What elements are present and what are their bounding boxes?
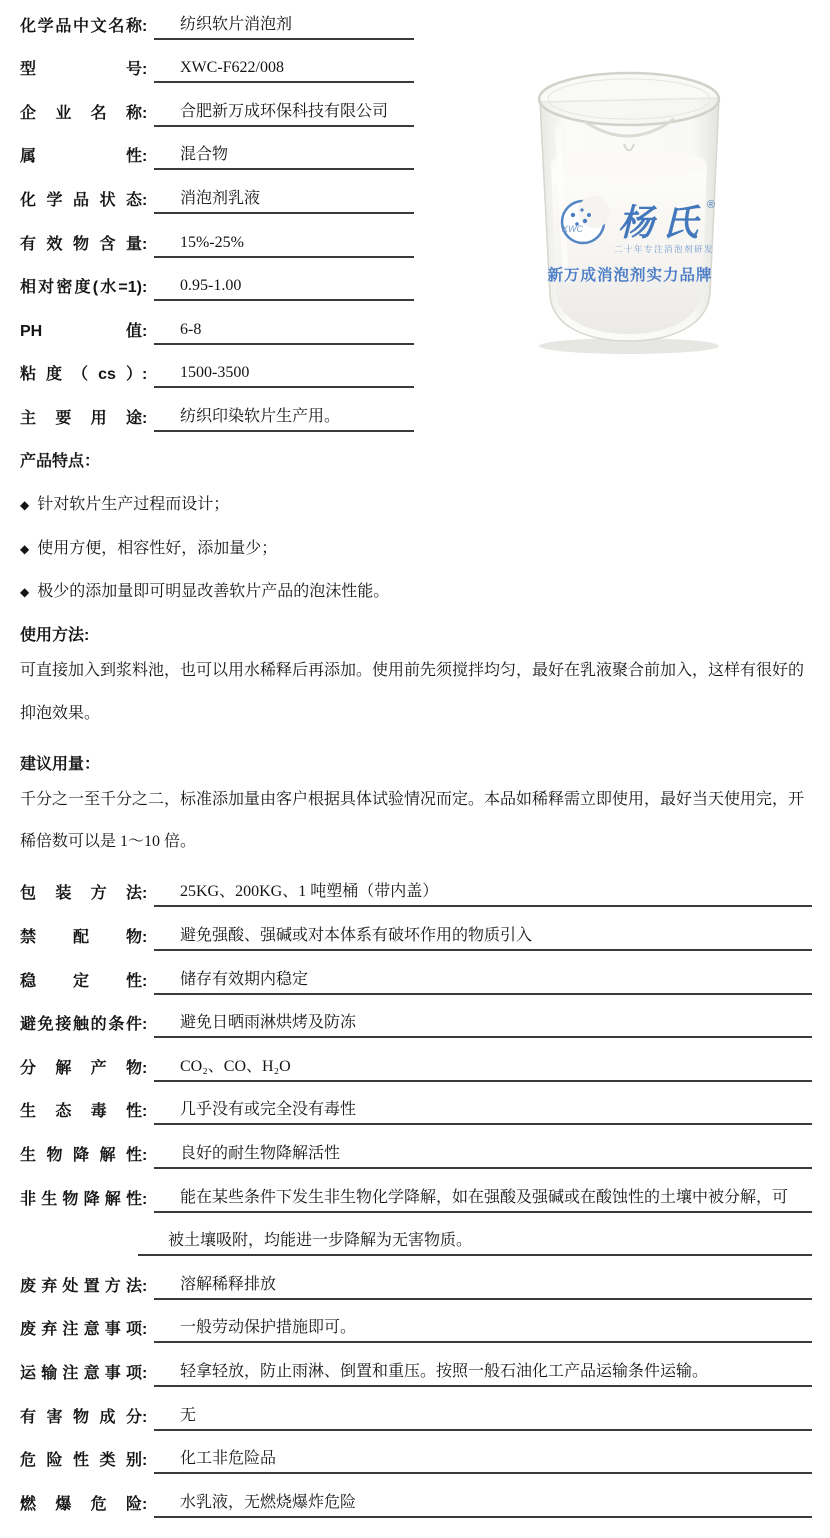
- field-value: 几乎没有或完全没有毒性: [154, 1100, 812, 1125]
- field-colon: :: [142, 235, 154, 258]
- diamond-bullet-icon: ◆: [20, 585, 29, 599]
- field-label: 型号: [20, 60, 142, 83]
- field-ph-value: PH 值:6-8: [20, 301, 414, 345]
- field-value: 混合物: [154, 145, 414, 170]
- feature-text: 极少的添加量即可明显改善软片产品的泡沫性能。: [37, 578, 389, 601]
- field-waste-disposal-method: 废弃处置方法:溶解稀释排放: [20, 1256, 812, 1300]
- field-label: 运输注意事项: [20, 1364, 142, 1387]
- field-label: 粘度（cs）: [20, 365, 142, 388]
- field-decomposition-products: 分解产物:CO₂、CO、H₂O: [20, 1038, 812, 1082]
- field-colon: :: [142, 1451, 154, 1474]
- field-colon: :: [142, 972, 154, 995]
- feature-item: ◆ 针对软片生产过程而设计；: [20, 476, 812, 520]
- field-colon: :: [142, 60, 154, 83]
- field-hazardous-components: 有害物成分:无: [20, 1387, 812, 1431]
- field-colon: :: [142, 884, 154, 907]
- field-colon: :: [142, 1102, 154, 1125]
- field-colon: :: [142, 409, 154, 432]
- feature-text: 使用方便，相容性好，添加量少；: [37, 535, 277, 558]
- field-colon: :: [142, 1408, 154, 1431]
- section-heading-features: 产品特点：: [20, 432, 812, 476]
- field-value: 溶解稀释排放: [154, 1275, 812, 1300]
- field-eco-toxicity: 生态毒性:几乎没有或完全没有毒性: [20, 1082, 812, 1126]
- field-active-content: 有效物含量:15%-25%: [20, 214, 414, 258]
- field-value: 15%-25%: [154, 233, 414, 258]
- field-value: 消泡剂乳液: [154, 189, 414, 214]
- field-colon: :: [142, 322, 154, 345]
- field-label: 危险性类别: [20, 1451, 142, 1474]
- field-colon: :: [142, 1015, 154, 1038]
- diamond-bullet-icon: ◆: [20, 542, 29, 556]
- field-colon: :: [142, 1495, 154, 1518]
- field-conditions-to-avoid: 避免接触的条件:避免日晒雨淋烘烤及防冻: [20, 995, 812, 1039]
- field-label: 禁配物: [20, 928, 142, 951]
- field-value: 0.95-1.00: [154, 276, 414, 301]
- field-value: 纺织软片消泡剂: [154, 15, 414, 40]
- field-colon: :: [142, 1277, 154, 1300]
- field-label: 废弃注意事项: [20, 1320, 142, 1343]
- field-value-continuation: 被土壤吸附，均能进一步降解为无害物质。: [138, 1231, 812, 1256]
- field-biodegradability: 生物降解性:良好的耐生物降解活性: [20, 1125, 812, 1169]
- field-colon: :: [142, 191, 154, 214]
- field-value: 1500-3500: [154, 363, 414, 388]
- field-property: 属性:混合物: [20, 127, 414, 171]
- field-colon: :: [142, 1364, 154, 1387]
- field-value: 能在某些条件下发生非生物化学降解，如在强酸及强碱或在酸蚀性的土壤中被分解，可: [154, 1188, 812, 1213]
- field-label: 废弃处置方法: [20, 1277, 142, 1300]
- usage-paragraph: 可直接加入到浆料池，也可以用水稀释后再添加。使用前先须搅拌均匀，最好在乳液聚合前…: [20, 650, 812, 735]
- field-value: 一般劳动保护措施即可。: [154, 1318, 812, 1343]
- field-line: 非生物降解性:能在某些条件下发生非生物化学降解，如在强酸及强碱或在酸蚀性的土壤中…: [20, 1169, 812, 1213]
- field-value: 避免日晒雨淋烘烤及防冻: [154, 1013, 812, 1038]
- section-heading-usage: 使用方法:: [20, 606, 812, 650]
- field-colon: :: [142, 928, 154, 951]
- dosage-paragraph: 千分之一至千分之二，标准添加量由客户根据具体试验情况而定。本品如稀释需立即使用，…: [20, 779, 812, 864]
- field-value: 合肥新万成环保科技有限公司: [154, 102, 414, 127]
- field-colon: :: [142, 104, 154, 127]
- field-model-number: 型号:XWC-F622/008: [20, 40, 414, 84]
- field-label: 属性: [20, 147, 142, 170]
- field-packing-method: 包装方法:25KG、200KG、1 吨塑桶（带内盖）: [20, 864, 812, 908]
- field-colon: :: [142, 1146, 154, 1169]
- field-label: 主要用途: [20, 409, 142, 432]
- field-relative-density: 相对密度(水=1):0.95-1.00: [20, 258, 414, 302]
- feature-text: 针对软片生产过程而设计；: [37, 491, 229, 514]
- field-label: 化学品状态: [20, 191, 142, 214]
- field-value: 轻拿轻放，防止雨淋、倒置和重压。按照一般石油化工产品运输条件运输。: [154, 1362, 812, 1387]
- field-viscosity: 粘度（cs）:1500-3500: [20, 345, 414, 389]
- field-non-biodegradability: 非生物降解性:能在某些条件下发生非生物化学降解，如在强酸及强碱或在酸蚀性的土壤中…: [20, 1169, 812, 1256]
- field-transport-precautions: 运输注意事项:轻拿轻放，防止雨淋、倒置和重压。按照一般石油化工产品运输条件运输。: [20, 1343, 812, 1387]
- field-value: 避免强酸、强碱或对本体系有破坏作用的物质引入: [154, 926, 812, 951]
- field-label: 有害物成分: [20, 1408, 142, 1431]
- field-fire-explosion-hazard: 燃爆危险:水乳液，无燃烧爆炸危险: [20, 1474, 812, 1518]
- field-colon: :: [142, 147, 154, 170]
- field-chemical-state: 化学品状态:消泡剂乳液: [20, 170, 414, 214]
- field-colon: :: [142, 278, 154, 301]
- field-label: 企业名称: [20, 104, 142, 127]
- section-heading-dosage: 建议用量：: [20, 735, 812, 779]
- field-value: 储存有效期内稳定: [154, 970, 812, 995]
- field-colon: :: [142, 1190, 154, 1213]
- datasheet-page: XWC 杨氏 ® 二十年专注消泡剂研发 新万成消泡剂实力品牌 化学品中文名称:纺…: [0, 0, 830, 1538]
- field-colon: :: [142, 17, 154, 40]
- field-value: 良好的耐生物降解活性: [154, 1144, 812, 1169]
- field-colon: :: [142, 1059, 154, 1082]
- field-value: 水乳液，无燃烧爆炸危险: [154, 1493, 812, 1518]
- field-label: 生态毒性: [20, 1102, 142, 1125]
- field-colon: :: [142, 365, 154, 388]
- field-incompatible-materials: 禁配物:避免强酸、强碱或对本体系有破坏作用的物质引入: [20, 907, 812, 951]
- field-label: 分解产物: [20, 1059, 142, 1082]
- datasheet-content: 化学品中文名称:纺织软片消泡剂 型号:XWC-F622/008 企业名称:合肥新…: [20, 0, 812, 1518]
- field-value: XWC-F622/008: [154, 58, 414, 83]
- field-label: 生物降解性: [20, 1146, 142, 1169]
- field-label: 相对密度(水=1): [20, 278, 142, 301]
- field-value: 25KG、200KG、1 吨塑桶（带内盖）: [154, 882, 812, 907]
- field-colon: :: [142, 1320, 154, 1343]
- feature-item: ◆ 极少的添加量即可明显改善软片产品的泡沫性能。: [20, 563, 812, 607]
- field-value: 化工非危险品: [154, 1449, 812, 1474]
- feature-item: ◆ 使用方便，相容性好，添加量少；: [20, 519, 812, 563]
- field-label: 避免接触的条件: [20, 1015, 142, 1038]
- field-label: 稳定性: [20, 972, 142, 995]
- field-value: 无: [154, 1406, 812, 1431]
- field-value: 6-8: [154, 320, 414, 345]
- field-label: 化学品中文名称: [20, 17, 142, 40]
- field-label: 非生物降解性: [20, 1190, 142, 1213]
- field-stability: 稳定性:储存有效期内稳定: [20, 951, 812, 995]
- field-label: 燃爆危险: [20, 1495, 142, 1518]
- diamond-bullet-icon: ◆: [20, 498, 29, 512]
- field-main-use: 主要用途:纺织印染软片生产用。: [20, 388, 414, 432]
- field-value: 纺织印染软片生产用。: [154, 407, 414, 432]
- field-value: CO₂、CO、H₂O: [154, 1057, 812, 1082]
- field-hazard-category: 危险性类别:化工非危险品: [20, 1431, 812, 1475]
- field-company-name: 企业名称:合肥新万成环保科技有限公司: [20, 83, 414, 127]
- field-label: 包装方法: [20, 884, 142, 907]
- field-chemical-chinese-name: 化学品中文名称:纺织软片消泡剂: [20, 0, 414, 40]
- field-line-continuation: 被土壤吸附，均能进一步降解为无害物质。: [20, 1213, 812, 1257]
- field-waste-precautions: 废弃注意事项:一般劳动保护措施即可。: [20, 1300, 812, 1344]
- field-label: 有效物含量: [20, 235, 142, 258]
- field-label: PH 值: [20, 322, 142, 345]
